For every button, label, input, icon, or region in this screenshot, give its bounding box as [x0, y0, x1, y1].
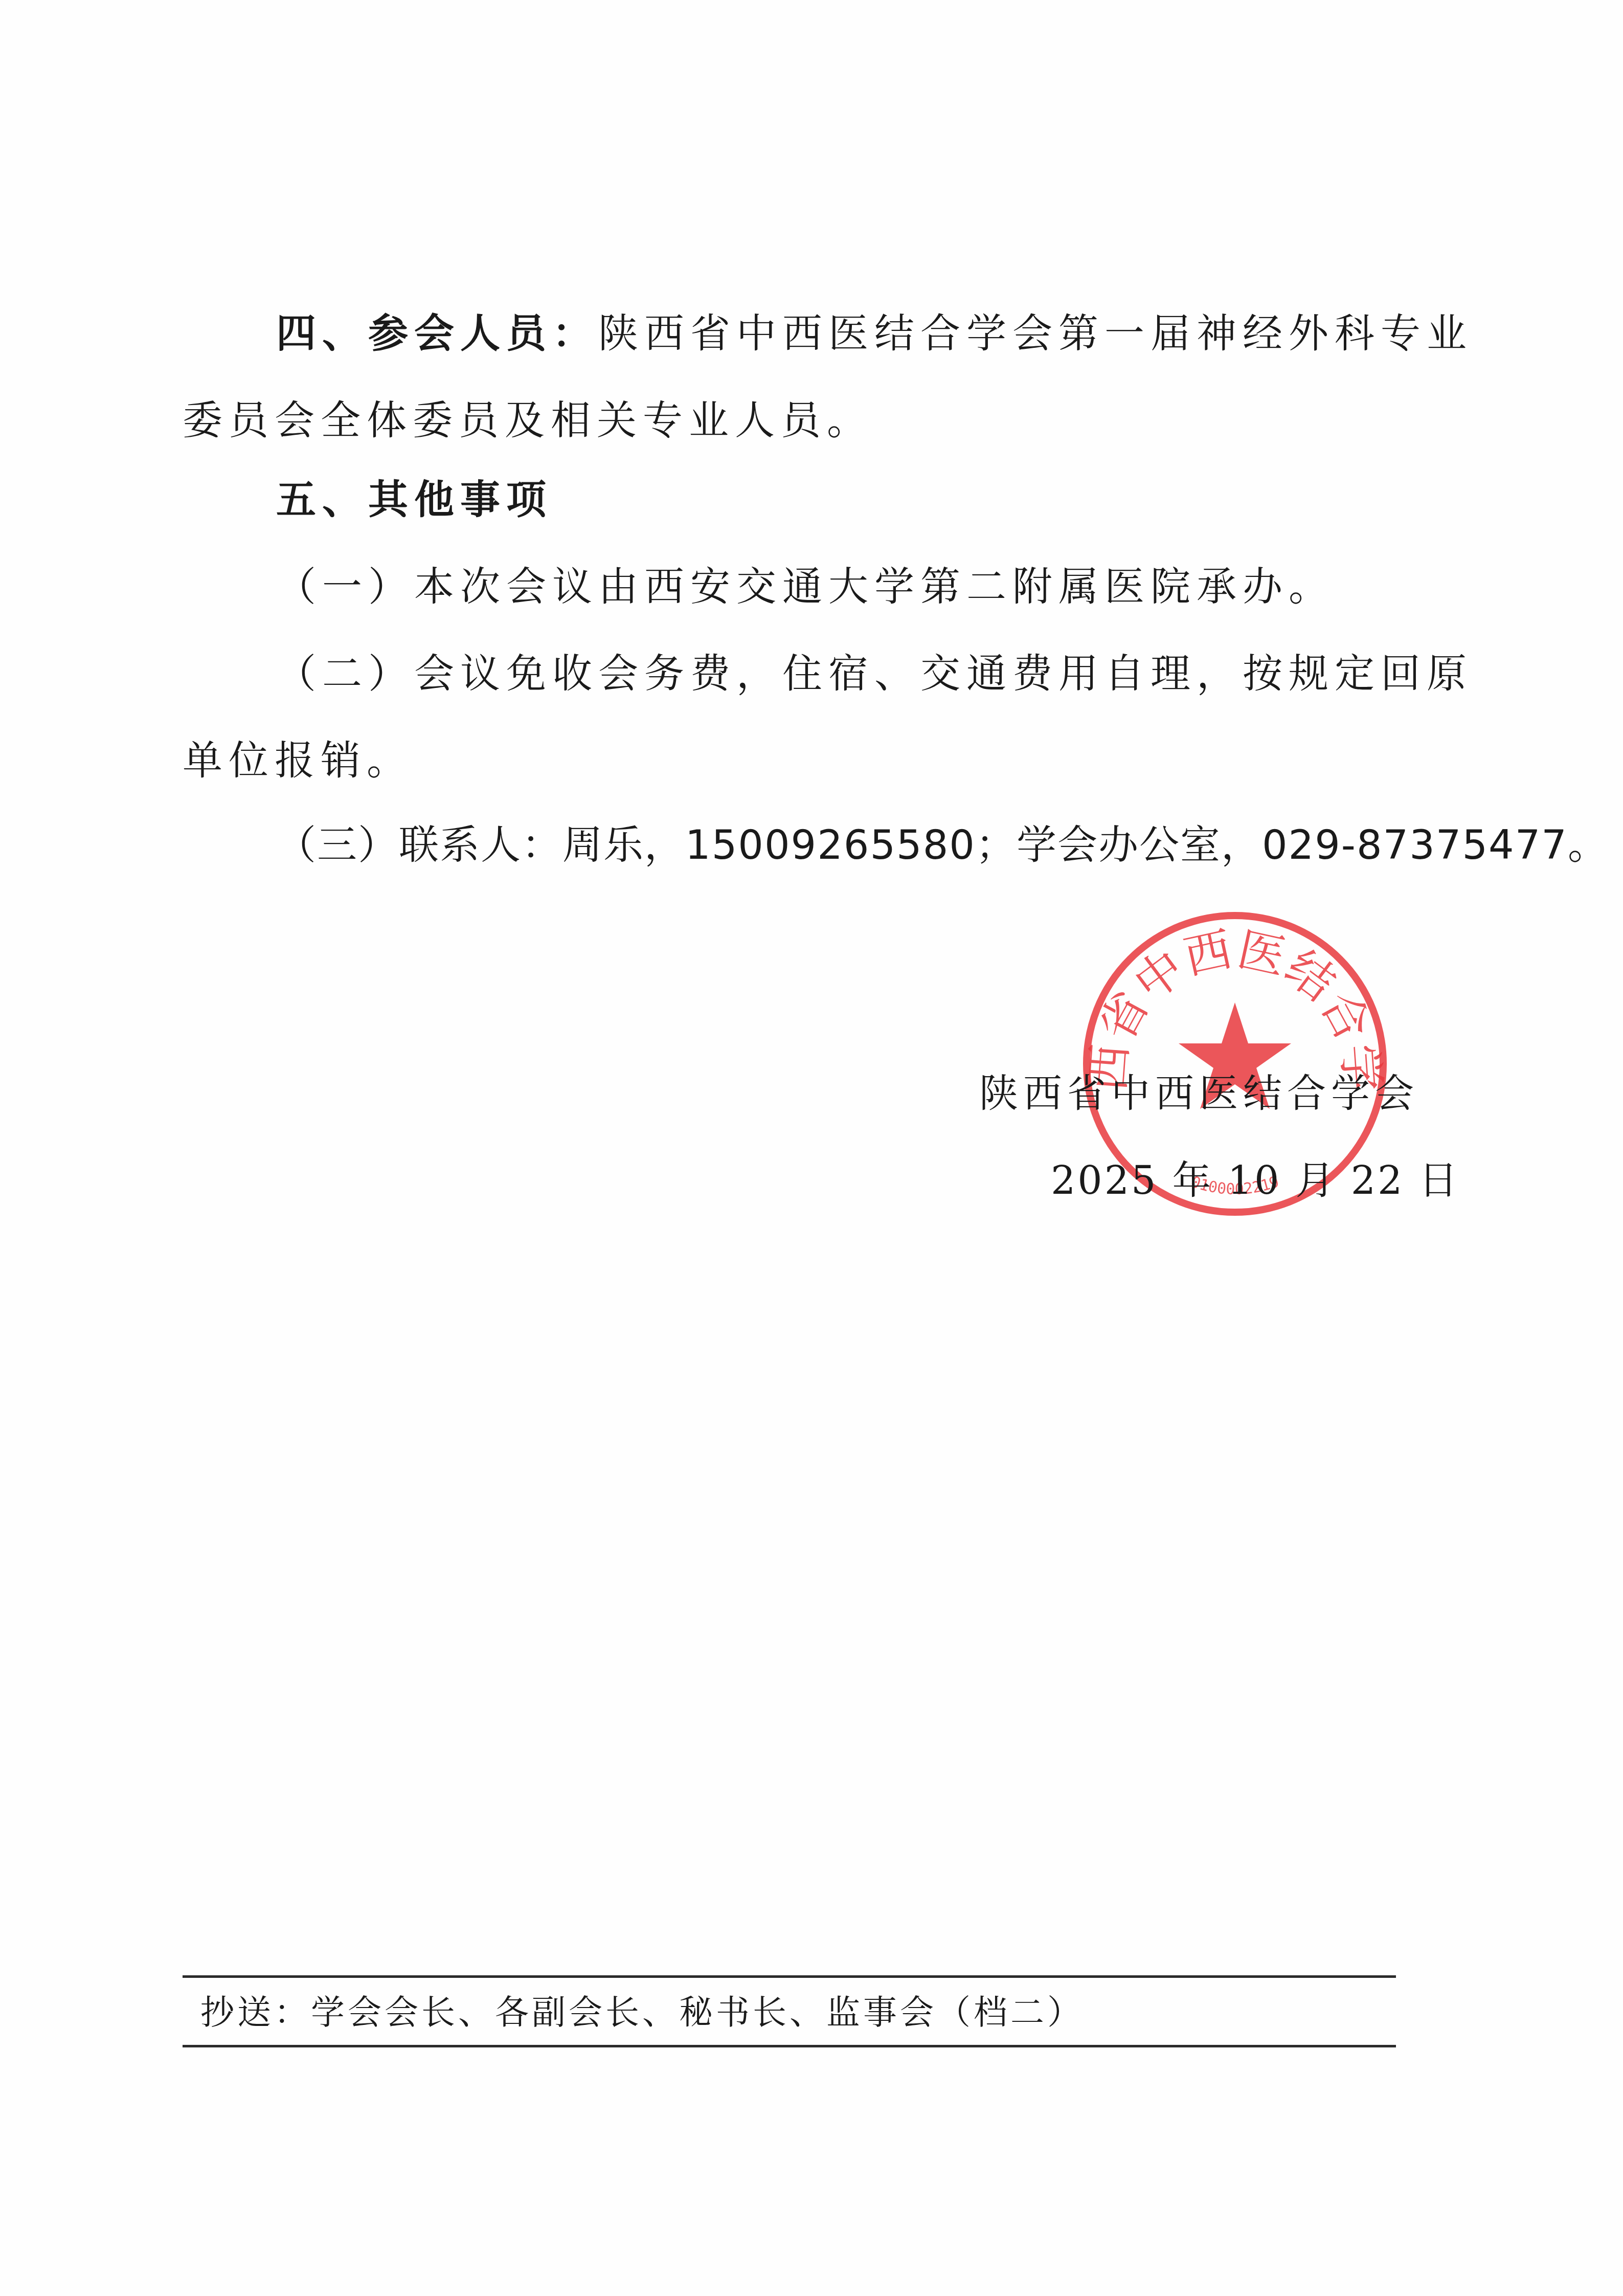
section-5-item-2-line-2: 单位报销。: [183, 737, 413, 786]
signature-organization: 陕西省中西医结合学会: [979, 1069, 1419, 1118]
document-page: 四、参会人员：陕西省中西医结合学会第一届神经外科专业 委员会全体委员及相关专业人…: [0, 0, 1623, 2296]
section-4-line-2: 委员会全体委员及相关专业人员。: [183, 396, 873, 445]
cc-text: 抄送：学会会长、各副会长、秘书长、监事会（档二）: [200, 1992, 1084, 2033]
cc-top-rule: [183, 1975, 1396, 1978]
section-4-text: 陕西省中西医结合学会第一届神经外科专业: [598, 311, 1473, 357]
cc-bottom-rule: [183, 2045, 1396, 2047]
signature-date: 2025 年 10 月 22 日: [1051, 1156, 1460, 1205]
section-4-heading: 四、参会人员：: [276, 311, 598, 357]
section-5-item-3: （三）联系人：周乐，15009265580；学会办公室，029-87375477…: [276, 821, 1609, 870]
section-5-item-1: （一）本次会议由西安交通大学第二附属医院承办。: [276, 563, 1335, 612]
section-5-item-2-line-1: （二）会议免收会务费，住宿、交通费用自理，按规定回原: [276, 650, 1473, 699]
section-5-heading: 五、其他事项: [276, 476, 552, 525]
section-4-line-1: 四、参会人员：陕西省中西医结合学会第一届神经外科专业: [276, 309, 1473, 359]
